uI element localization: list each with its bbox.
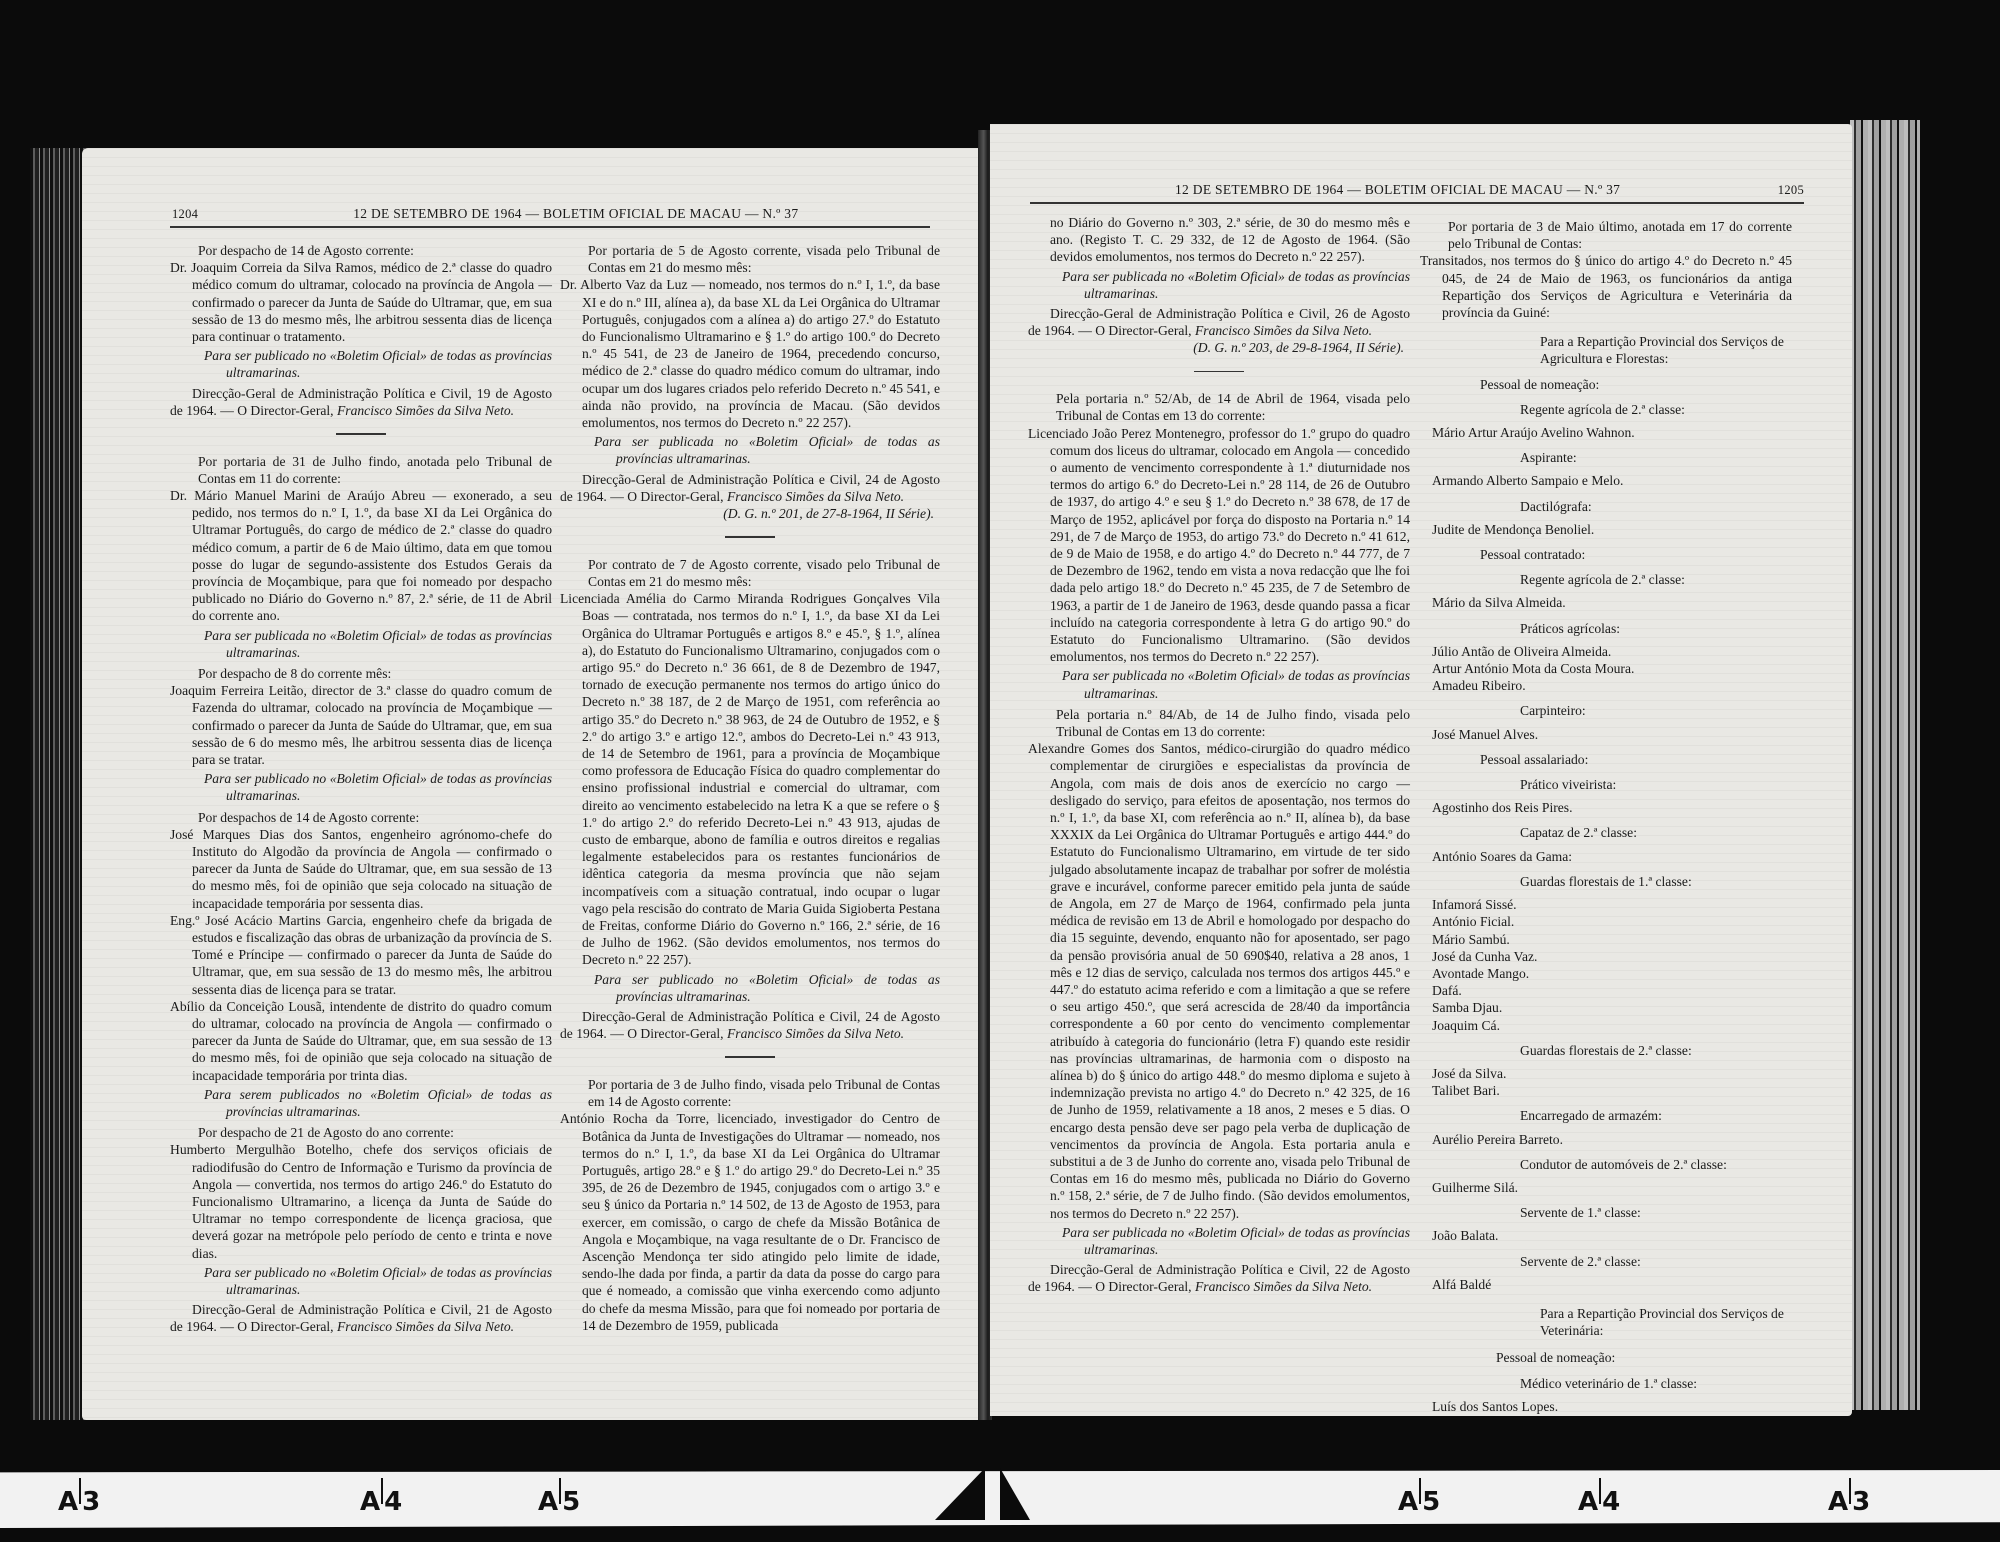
entry: Eng.º José Acácio Martins Garcia, engenh… <box>170 912 552 998</box>
diario-governo-ref: (D. G. n.º 203, de 29-8-1964, II Série). <box>1028 339 1410 356</box>
staff-name: Judite de Mendonça Benoliel. <box>1420 521 1792 538</box>
entry: Licenciado João Perez Montenegro, profes… <box>1028 425 1410 666</box>
staff-category: Pessoal de nomeação: <box>1420 376 1792 393</box>
staff-category: Pessoal assalariado: <box>1420 751 1792 768</box>
staff-name: Aurélio Pereira Barreto. <box>1420 1131 1792 1148</box>
staff-role: Condutor de automóveis de 2.ª classe: <box>1420 1156 1792 1173</box>
book-page-edges-right <box>1850 120 1920 1410</box>
signature-line: Direcção-Geral de Administração Política… <box>560 471 940 505</box>
running-head-title: 12 DE SETEMBRO DE 1964 — BOLETIM OFICIAL… <box>1175 182 1778 198</box>
staff-role: Prático viveirista: <box>1420 776 1792 793</box>
staff-name: Amadeu Ribeiro. <box>1420 677 1792 694</box>
staff-name: Mário da Silva Almeida. <box>1420 594 1792 611</box>
entry: Abílio da Conceição Lousã, intendente de… <box>170 998 552 1084</box>
signer-name: Francisco Simões da Silva Neto. <box>1195 1279 1372 1294</box>
signature-line: Direcção-Geral de Administração Política… <box>170 1301 552 1335</box>
page-number: 1205 <box>1778 183 1804 198</box>
staff-name: Guilherme Silá. <box>1420 1179 1792 1196</box>
staff-role: Práticos agrícolas: <box>1420 620 1792 637</box>
film-notch <box>935 1468 985 1520</box>
staff-category: Pessoal contratado: <box>1420 546 1792 563</box>
page-right: 12 DE SETEMBRO DE 1964 — BOLETIM OFICIAL… <box>990 124 1852 1416</box>
entry: Licenciada Amélia do Carmo Miranda Rodri… <box>560 590 940 968</box>
signer-name: Francisco Simões da Silva Neto. <box>727 1026 904 1041</box>
section-intro: Por contrato de 7 de Agosto corrente, vi… <box>560 556 940 590</box>
publication-note: Para ser publicada no «Boletim Oficial» … <box>1028 268 1410 302</box>
staff-name: Alfá Baldé <box>1420 1276 1792 1293</box>
staff-role: Encarregado de armazém: <box>1420 1107 1792 1124</box>
entry: Transitados, nos termos do § único do ar… <box>1420 252 1792 321</box>
entry: Dr. Alberto Vaz da Luz — nomeado, nos te… <box>560 276 940 431</box>
staff-name: Infamorá Sissé. <box>1420 896 1792 913</box>
running-head-title: 12 DE SETEMBRO DE 1964 — BOLETIM OFICIAL… <box>353 206 798 222</box>
publication-note: Para ser publicado no «Boletim Oficial» … <box>560 971 940 1005</box>
frame-mark: A4 <box>1578 1478 1620 1517</box>
staff-name: Talibet Bari. <box>1420 1082 1792 1099</box>
staff-name: José Manuel Alves. <box>1420 726 1792 743</box>
column-1: no Diário do Governo n.º 303, 2.ª série,… <box>1028 214 1410 1296</box>
running-head: 1204 12 DE SETEMBRO DE 1964 — BOLETIM OF… <box>172 206 930 222</box>
signer-name: Francisco Simões da Silva Neto. <box>1195 323 1372 338</box>
staff-role: Guardas florestais de 1.ª classe: <box>1420 873 1792 890</box>
section-intro: Por despacho de 8 do corrente mês: <box>170 665 552 682</box>
staff-name: Artur António Mota da Costa Moura. <box>1420 660 1792 677</box>
publication-note: Para ser publicada no «Boletim Oficial» … <box>1028 1224 1410 1258</box>
staff-role: Regente agrícola de 2.ª classe: <box>1420 401 1792 418</box>
frame-mark: A5 <box>538 1478 580 1517</box>
staff-name: António Soares da Gama: <box>1420 848 1792 865</box>
signature-line: Direcção-Geral de Administração Política… <box>560 1008 940 1042</box>
staff-role: Guardas florestais de 2.ª classe: <box>1420 1042 1792 1059</box>
frame-mark: A4 <box>360 1478 402 1517</box>
section-intro: Pela portaria n.º 52/Ab, de 14 de Abril … <box>1028 390 1410 424</box>
frame-mark: A3 <box>1828 1478 1870 1517</box>
signature-line: Direcção-Geral de Administração Política… <box>1028 305 1410 339</box>
signer-name: Francisco Simões da Silva Neto. <box>337 1319 514 1334</box>
section-intro: Por portaria de 3 de Maio último, anotad… <box>1420 218 1792 252</box>
diario-governo-ref: (D. G. n.º 201, de 27-8-1964, II Série). <box>560 505 940 522</box>
publication-note: Para ser publicado no «Boletim Oficial» … <box>170 1264 552 1298</box>
book-gutter-left <box>30 148 90 1420</box>
staff-role: Aspirante: <box>1420 449 1792 466</box>
staff-name: Samba Djau. <box>1420 999 1792 1016</box>
signature-line: Direcção-Geral de Administração Política… <box>1028 1261 1410 1295</box>
staff-name: Armando Alberto Sampaio e Melo. <box>1420 472 1792 489</box>
staff-name: Avontade Mango. <box>1420 965 1792 982</box>
department-heading: Para a Repartição Provincial dos Serviço… <box>1420 333 1792 367</box>
frame-mark: A5 <box>1398 1478 1440 1517</box>
section-intro: Pela portaria n.º 84/Ab, de 14 de Julho … <box>1028 706 1410 740</box>
column-2: Por portaria de 3 de Maio último, anotad… <box>1420 214 1792 1415</box>
section-separator <box>1194 371 1244 373</box>
page-number: 1204 <box>172 207 198 222</box>
header-rule <box>170 226 930 228</box>
page-left: 1204 12 DE SETEMBRO DE 1964 — BOLETIM OF… <box>82 148 980 1420</box>
section-intro: Por portaria de 5 de Agosto corrente, vi… <box>560 242 940 276</box>
film-notch <box>1000 1468 1030 1520</box>
publication-note: Para ser publicada no «Boletim Oficial» … <box>170 627 552 661</box>
staff-name: José da Cunha Vaz. <box>1420 948 1792 965</box>
section-separator <box>336 433 386 435</box>
column-1: Por despacho de 14 de Agosto corrente: D… <box>170 238 552 1336</box>
publication-note: Para ser publicado no «Boletim Oficial» … <box>170 347 552 381</box>
entry: Dr. Joaquim Correia da Silva Ramos, médi… <box>170 259 552 345</box>
running-head: 12 DE SETEMBRO DE 1964 — BOLETIM OFICIAL… <box>1175 182 1804 198</box>
section-intro: Por despachos de 14 de Agosto corrente: <box>170 809 552 826</box>
signer-name: Francisco Simões da Silva Neto. <box>727 489 904 504</box>
staff-name: Júlio Antão de Oliveira Almeida. <box>1420 643 1792 660</box>
staff-role: Capataz de 2.ª classe: <box>1420 824 1792 841</box>
entry: Dr. Mário Manuel Marini de Araújo Abreu … <box>170 487 552 625</box>
staff-role: Regente agrícola de 2.ª classe: <box>1420 571 1792 588</box>
header-rule <box>1030 202 1804 204</box>
staff-role: Médico veterinário de 1.ª classe: <box>1420 1375 1792 1392</box>
staff-name: José da Silva. <box>1420 1065 1792 1082</box>
section-intro: Por despacho de 14 de Agosto corrente: <box>170 242 552 259</box>
staff-name: Mário Sambú. <box>1420 931 1792 948</box>
column-2: Por portaria de 5 de Agosto corrente, vi… <box>560 238 940 1334</box>
signer-name: Francisco Simões da Silva Neto. <box>337 403 514 418</box>
staff-name: Agostinho dos Reis Pires. <box>1420 799 1792 816</box>
staff-name: Dafá. <box>1420 982 1792 999</box>
publication-note: Para ser publicada no «Boletim Oficial» … <box>1028 667 1410 701</box>
staff-name: Luís dos Santos Lopes. <box>1420 1398 1792 1415</box>
staff-name: António Ficial. <box>1420 913 1792 930</box>
staff-name: João Balata. <box>1420 1227 1792 1244</box>
section-separator <box>725 536 775 538</box>
section-intro: Por despacho de 21 de Agosto do ano corr… <box>170 1124 552 1141</box>
staff-category: Pessoal de nomeação: <box>1420 1349 1792 1366</box>
entry: Joaquim Ferreira Leitão, director de 3.ª… <box>170 682 552 768</box>
frame-mark: A3 <box>58 1478 100 1517</box>
staff-name: Joaquim Cá. <box>1420 1017 1792 1034</box>
entry: José Marques Dias dos Santos, engenheiro… <box>170 826 552 912</box>
staff-name: Mário Artur Araújo Avelino Wahnon. <box>1420 424 1792 441</box>
staff-role: Carpinteiro: <box>1420 702 1792 719</box>
section-intro: Por portaria de 3 de Julho findo, visada… <box>560 1076 940 1110</box>
staff-role: Servente de 1.ª classe: <box>1420 1204 1792 1221</box>
entry: António Rocha da Torre, licenciado, inve… <box>560 1110 940 1334</box>
publication-note: Para serem publicados no «Boletim Oficia… <box>170 1086 552 1120</box>
staff-role: Servente de 2.ª classe: <box>1420 1253 1792 1270</box>
signature-line: Direcção-Geral de Administração Política… <box>170 385 552 419</box>
department-heading: Para a Repartição Provincial dos Serviço… <box>1420 1305 1792 1339</box>
entry: Alexandre Gomes dos Santos, médico-cirur… <box>1028 740 1410 1222</box>
section-separator <box>725 1056 775 1058</box>
section-intro: Por portaria de 31 de Julho findo, anota… <box>170 453 552 487</box>
publication-note: Para ser publicada no «Boletim Oficial» … <box>560 433 940 467</box>
staff-role: Dactilógrafa: <box>1420 498 1792 515</box>
entry: Humberto Mergulhão Botelho, chefe dos se… <box>170 1141 552 1261</box>
continued-text: no Diário do Governo n.º 303, 2.ª série,… <box>1028 214 1410 266</box>
publication-note: Para ser publicado no «Boletim Oficial» … <box>170 770 552 804</box>
staff-list: Pessoal de nomeação:Regente agrícola de … <box>1420 376 1792 1293</box>
